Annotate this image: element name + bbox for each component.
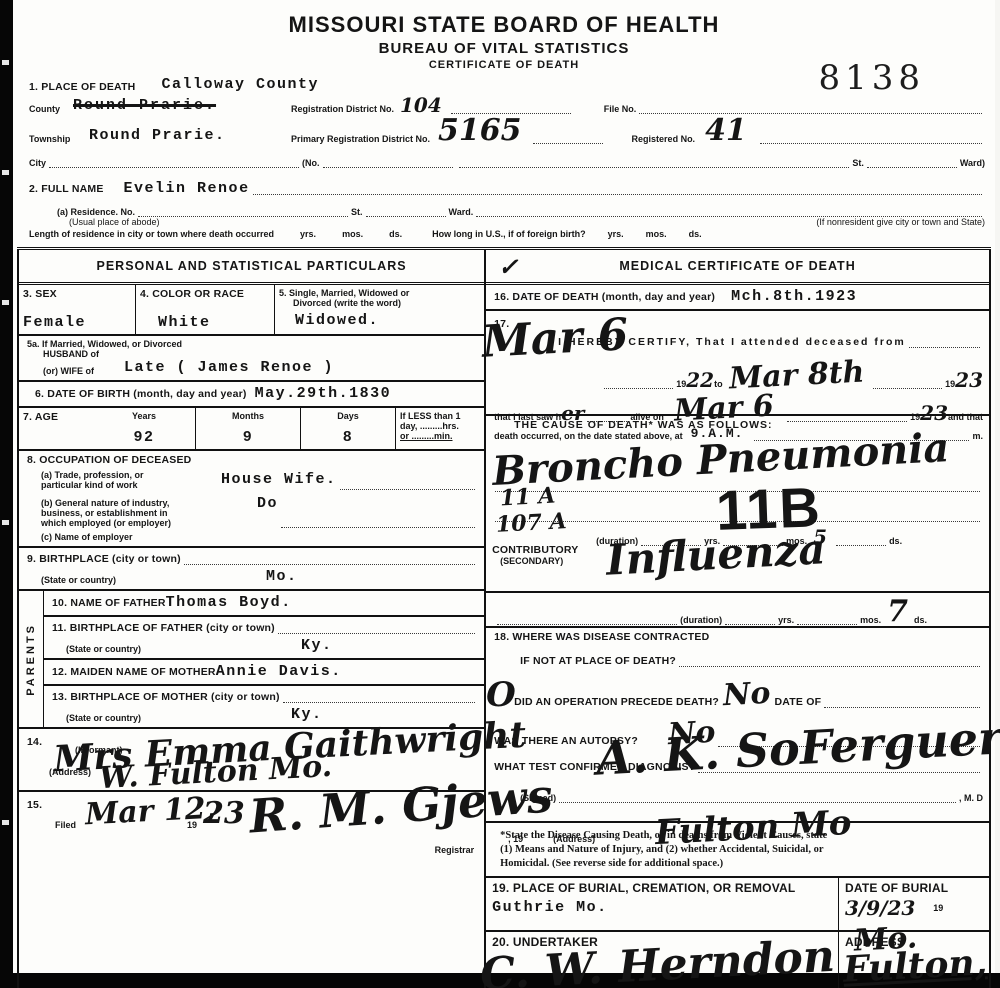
contributory-label: CONTRIBUTORY <box>492 544 578 556</box>
file-no-label: File No. <box>604 104 637 114</box>
from-year-value: 22 <box>686 371 714 389</box>
length-yrs-label: yrs. <box>300 229 316 239</box>
house-no-label: (No. <box>302 158 320 168</box>
township-value: Round Prarie. <box>89 127 291 144</box>
primary-registration-label: Primary Registration District No. <box>291 134 430 144</box>
spouse-label: 5a. If Married, Widowed, or Divorced <box>27 339 478 349</box>
footnote-line2: (1) Means and Nature of Injury, and (2) … <box>500 843 981 857</box>
birthplace-row: 9. BIRTHPLACE (city or town) (State or c… <box>19 548 484 591</box>
age-days-label: Days <box>305 411 391 421</box>
board-title: MISSOURI STATE BOARD OF HEALTH <box>13 12 995 38</box>
dod-label: 16. DATE OF DEATH (month, day and year) <box>494 291 715 303</box>
mother-value: Annie Davis. <box>216 663 342 680</box>
county-value-struck: Round Prarie. <box>73 97 291 114</box>
marital-value: Widowed. <box>295 312 480 329</box>
age-less-label2: day, .........hrs. <box>400 421 480 431</box>
age-months-label: Months <box>200 411 296 421</box>
to-19: 19 <box>945 379 955 389</box>
occupation-label: 8. OCCUPATION OF DECEASED <box>27 454 478 466</box>
md-label: , M. D <box>959 793 983 803</box>
contributory-value: Influenza <box>605 530 826 579</box>
age-less-label3: or .........min. <box>400 431 480 441</box>
father-bp-label: 11. BIRTHPLACE OF FATHER (city or town) <box>52 622 275 634</box>
us-mos-label: mos. <box>646 229 667 239</box>
birthplace-state-label: (State or country) <box>41 575 116 585</box>
personal-header: PERSONAL AND STATISTICAL PARTICULARS <box>19 250 484 285</box>
burial-19: 19 <box>933 903 943 913</box>
mother-bp-value: Ky. <box>291 706 323 723</box>
sex-value: Female <box>23 314 131 331</box>
medical-certificate-column: ✓ MEDICAL CERTIFICATE OF DEATH 16. DATE … <box>486 250 991 988</box>
registered-no-value: 41 <box>705 117 747 144</box>
attended-from-value: Mar 6 <box>481 315 629 362</box>
residence-label: (a) Residence. No. <box>57 207 135 217</box>
spouse-label3: (or) WIFE of <box>43 366 94 376</box>
date-of-death-row: 16. DATE OF DEATH (month, day and year) … <box>486 285 989 311</box>
father-bp-value: Ky. <box>301 637 333 654</box>
date-of-label: DATE OF <box>774 696 821 708</box>
sex-race-marital-row: 3. SEX Female 4. COLOR OR RACE White 5. … <box>19 285 484 336</box>
cause-of-death-block: THE CAUSE OF DEATH* WAS AS FOLLOWS: Bron… <box>486 416 989 593</box>
cause-code-2: 107 A <box>496 512 568 535</box>
registered-no-label: Registered No. <box>632 134 696 144</box>
filed-19: 19 <box>187 820 197 830</box>
spouse-row: 5a. If Married, Widowed, or Divorced HUS… <box>19 336 484 382</box>
spouse-label2: HUSBAND of <box>43 349 478 359</box>
occ-b-label2: business, or establishment in <box>41 508 217 518</box>
scan-left-edge <box>0 0 13 974</box>
parents-vertical-label: PARENTS <box>25 623 37 696</box>
length-residence-label: Length of residence in city or town wher… <box>29 229 274 239</box>
residence-ward-label: Ward. <box>449 207 474 217</box>
filed-row: 15. Filed Mar 12, 19 23 R. M. Gjews Regi… <box>19 792 484 859</box>
operation-circle-mark: O <box>486 680 516 711</box>
cause-code-1: 11 A <box>500 487 556 510</box>
place-of-death-label: 1. PLACE OF DEATH <box>29 81 135 93</box>
contrib-duration-days-value: 7 <box>887 598 908 625</box>
spouse-value: Late ( James Renoe ) <box>124 359 334 376</box>
registration-district-label: Registration District No. <box>291 104 394 114</box>
mother-row: 12. MAIDEN NAME OF MOTHER Annie Davis. <box>44 660 484 686</box>
filed-year-value: 23 <box>203 800 245 827</box>
informant-label: (Informant) <box>75 745 123 755</box>
full-name-label: 2. FULL NAME <box>29 183 104 195</box>
registrar-label: Registrar <box>435 845 475 855</box>
informant-address-label: (Address) <box>49 767 91 777</box>
mother-bp-label: 13. BIRTHPLACE OF MOTHER (city or town) <box>52 691 280 703</box>
undertaker-address-state: Mo. <box>853 924 917 954</box>
footnote-line3: Homicidal. (See reverse side for additio… <box>500 857 981 871</box>
ward-label: Ward) <box>960 158 985 168</box>
contracted-label2: IF NOT AT PLACE OF DEATH? <box>520 655 676 667</box>
to-label: to <box>714 379 723 389</box>
parents-section: PARENTS 10. NAME OF FATHER Thomas Boyd. … <box>19 591 484 729</box>
burial-date-value: 3/9/23 <box>845 899 915 917</box>
occ-a-label2: particular kind of work <box>41 480 197 490</box>
county-label: County <box>29 104 73 114</box>
occ-a-value: House Wife. <box>221 471 337 488</box>
burial-label: 19. PLACE OF BURIAL, CREMATION, OR REMOV… <box>492 881 832 895</box>
residence-st-label: St. <box>351 207 363 217</box>
cause-ds-label: ds. <box>889 536 902 546</box>
contracted-label1: 18. WHERE WAS DISEASE CONTRACTED <box>494 631 983 643</box>
burial-value: Guthrie Mo. <box>492 899 832 916</box>
us-yrs-label: yrs. <box>608 229 624 239</box>
city-label: City <box>29 158 46 168</box>
contrib-ds-label: ds. <box>914 615 927 625</box>
township-label: Township <box>29 134 89 144</box>
race-label: 4. COLOR OR RACE <box>140 288 270 300</box>
age-label: 7. AGE <box>23 411 89 423</box>
occ-b-label1: (b) General nature of industry, <box>41 498 217 508</box>
sex-label: 3. SEX <box>23 288 131 300</box>
secondary-label: (SECONDARY) <box>500 556 578 566</box>
to-year-value: 23 <box>955 371 983 389</box>
dod-value: Mch.8th.1923 <box>731 288 857 305</box>
contrib-duration-label: (duration) <box>680 615 722 625</box>
age-months-value: 9 <box>200 429 296 446</box>
operation-value: No <box>722 680 771 709</box>
father-value: Thomas Boyd. <box>166 594 292 611</box>
attended-to-value: Mar 8th <box>728 358 865 392</box>
death-certificate: MISSOURI STATE BOARD OF HEALTH BUREAU OF… <box>13 0 995 973</box>
father-row: 10. NAME OF FATHER Thomas Boyd. <box>44 591 484 617</box>
street-label: St. <box>852 158 864 168</box>
marital-label: 5. Single, Married, Widowed or <box>279 288 480 298</box>
checkmark: ✓ <box>498 252 519 281</box>
full-name-value: Evelin Renoe <box>124 180 250 197</box>
occ-b-label3: which employed (or employer) <box>41 518 217 528</box>
cause-footnote: *State the Disease Causing Death, or in … <box>486 823 989 878</box>
father-birthplace-row: 11. BIRTHPLACE OF FATHER (city or town) … <box>44 617 484 660</box>
age-years-value: 92 <box>97 429 191 446</box>
personal-particulars-column: PERSONAL AND STATISTICAL PARTICULARS 3. … <box>17 250 486 988</box>
footnote-line1: *State the Disease Causing Death, or in … <box>500 829 981 843</box>
signed-label: (Signed) <box>520 793 556 803</box>
birthplace-value: Mo. <box>266 568 298 585</box>
us-length-label: How long in U.S., if of foreign birth? <box>432 229 585 239</box>
from-19: 19 <box>676 379 686 389</box>
mother-bp-state-label: (State or country) <box>66 713 141 723</box>
certify-row: 17. Mar 6 I HEREBY CERTIFY, That I atten… <box>486 311 989 416</box>
occ-a-label1: (a) Trade, profession, or <box>41 470 197 480</box>
father-bp-state-label: (State or country) <box>66 644 141 654</box>
operation-label: DID AN OPERATION PRECEDE DEATH? <box>514 696 719 708</box>
mother-label: 12. MAIDEN NAME OF MOTHER <box>52 666 216 678</box>
occ-b-value: Do <box>257 495 278 512</box>
filed-label: Filed <box>55 820 76 830</box>
place-of-death-value: Calloway County <box>161 76 319 93</box>
primary-registration-value: 5165 <box>438 117 522 144</box>
dob-row: 6. DATE OF BIRTH (month, day and year) M… <box>19 382 484 408</box>
age-row: 7. AGE Years 92 Months 9 Days 8 If LESS … <box>19 408 484 451</box>
medical-header: MEDICAL CERTIFICATE OF DEATH <box>619 259 855 273</box>
occ-c-label: (c) Name of employer <box>41 532 133 542</box>
length-mos-label: mos. <box>342 229 363 239</box>
age-years-label: Years <box>97 411 191 421</box>
contributory-duration-row: (duration) yrs. mos. 7 ds. <box>486 593 989 628</box>
dob-label: 6. DATE OF BIRTH (month, day and year) <box>35 388 247 400</box>
us-ds-label: ds. <box>689 229 702 239</box>
race-value: White <box>158 314 270 331</box>
disease-contracted-block: 18. WHERE WAS DISEASE CONTRACTED IF NOT … <box>486 628 989 823</box>
occupation-row: 8. OCCUPATION OF DECEASED (a) Trade, pro… <box>19 451 484 548</box>
burial-date-label: DATE OF BURIAL <box>845 881 983 895</box>
filed-num: 15. <box>27 799 42 811</box>
particulars-and-medical: PERSONAL AND STATISTICAL PARTICULARS 3. … <box>17 247 991 988</box>
contrib-yrs-label: yrs. <box>778 615 794 625</box>
birthplace-label: 9. BIRTHPLACE (city or town) <box>27 553 181 565</box>
age-less-label1: If LESS than 1 <box>400 411 480 421</box>
father-label: 10. NAME OF FATHER <box>52 597 166 609</box>
medical-header-row: ✓ MEDICAL CERTIFICATE OF DEATH <box>486 250 989 285</box>
informant-num: 14. <box>27 736 42 748</box>
certificate-number-stamp: 8138 <box>818 58 925 98</box>
bureau-subtitle: BUREAU OF VITAL STATISTICS <box>13 40 995 57</box>
length-ds-label: ds. <box>389 229 402 239</box>
marital-label2: Divorced (write the word) <box>293 298 480 308</box>
dob-value: May.29th.1830 <box>255 385 392 402</box>
age-days-value: 8 <box>305 429 391 446</box>
abode-label: (Usual place of abode) <box>69 217 160 227</box>
contrib-mos-label: mos. <box>860 615 881 625</box>
registration-district-value: 104 <box>400 96 442 114</box>
nonresident-label: (If nonresident give city or town and St… <box>816 217 985 227</box>
